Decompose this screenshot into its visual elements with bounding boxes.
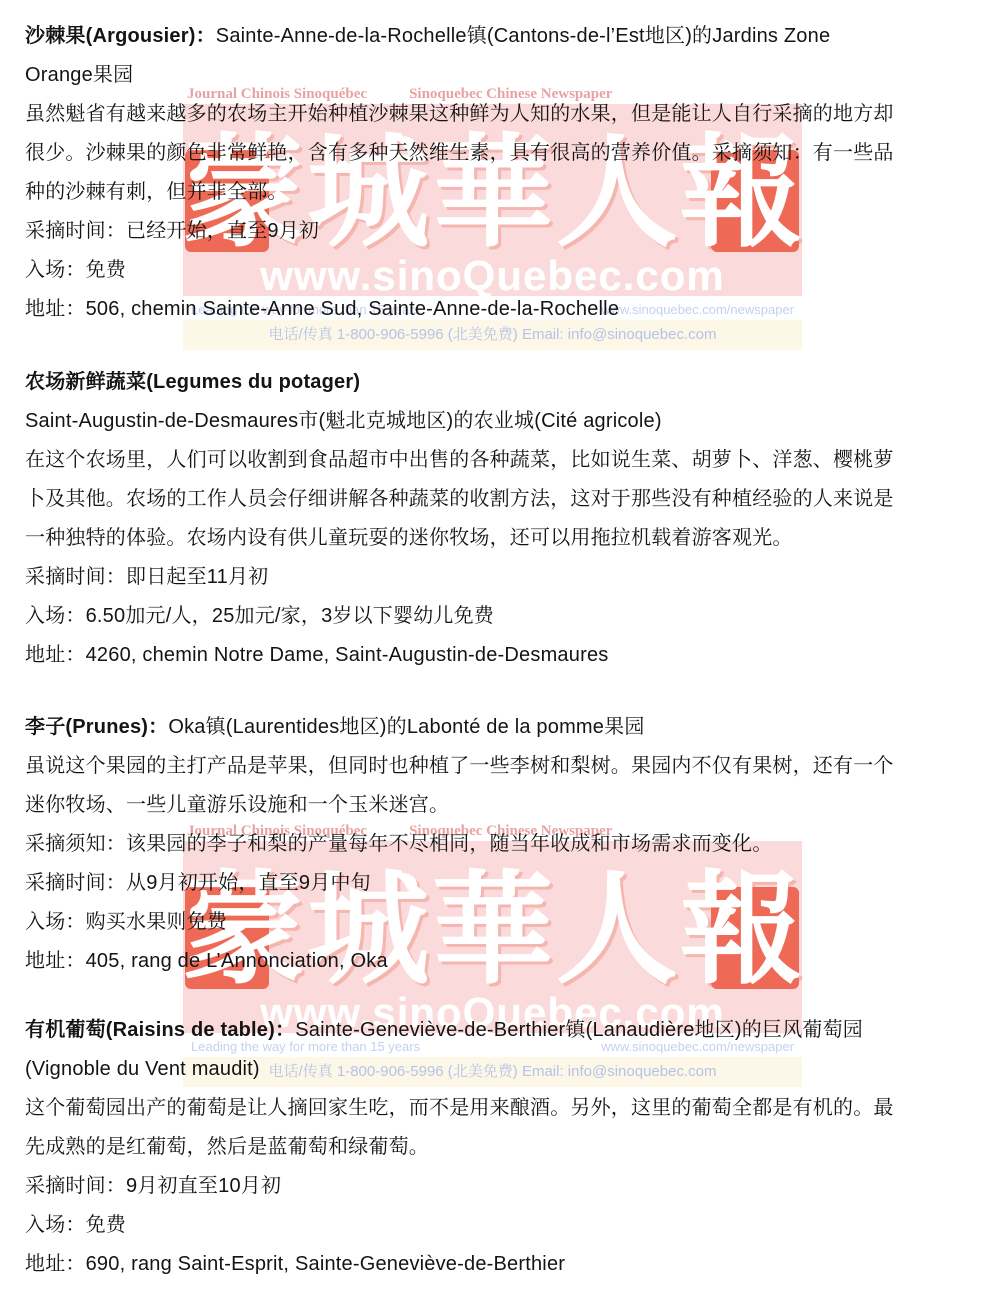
heading-continuation: (Vignoble du Vent maudit): [25, 1050, 980, 1089]
paragraph-line: 在这个农场里，人们可以收割到食品超市中出售的各种蔬菜，比如说生菜、胡萝卜、洋葱、…: [25, 441, 980, 480]
paragraph-line: 虽说这个果园的主打产品是苹果，但同时也种植了一些李树和梨树。果园内不仅有果树，还…: [25, 747, 980, 786]
section-heading-rest: Sainte-Anne-de-la-Rochelle镇(Cantons-de-l…: [216, 25, 830, 47]
section-heading: 有机葡萄(Raisins de table)：Sainte-Geneviève-…: [25, 1011, 980, 1050]
paragraph-line: 迷你牧场、一些儿童游乐设施和一个玉米迷宫。: [25, 786, 980, 825]
section-heading-bold: 李子(Prunes)：: [25, 716, 168, 738]
address-line: 地址：506, chemin Sainte-Anne Sud, Sainte-A…: [25, 290, 980, 329]
section-heading: 农场新鲜蔬菜(Legumes du potager): [25, 363, 980, 402]
section-heading-bold: 农场新鲜蔬菜(Legumes du potager): [25, 371, 360, 393]
section-argousier: 沙棘果(Argousier)：Sainte-Anne-de-la-Rochell…: [25, 17, 980, 329]
address-line: 地址：690, rang Saint-Esprit, Sainte-Genevi…: [25, 1245, 980, 1284]
section-heading-bold: 有机葡萄(Raisins de table)：: [25, 1019, 295, 1041]
section-prunes: 李子(Prunes)：Oka镇(Laurentides地区)的Labonté d…: [25, 708, 980, 981]
address-line: 地址：405, rang de L’Annonciation, Oka: [25, 942, 980, 981]
address-line: 地址：4260, chemin Notre Dame, Saint-August…: [25, 636, 980, 675]
paragraph-line: 很少。沙棘果的颜色非常鲜艳，含有多种天然维生素，具有很高的营养价值。采摘须知：有…: [25, 134, 980, 173]
section-legumes: 农场新鲜蔬菜(Legumes du potager) Saint-Augusti…: [25, 363, 980, 675]
picking-time-line: 采摘时间：即日起至11月初: [25, 558, 980, 597]
picking-time-line: 采摘时间：从9月初开始，直至9月中旬: [25, 864, 980, 903]
paragraph-line: 虽然魁省有越来越多的农场主开始种植沙棘果这种鲜为人知的水果，但是能让人自行采摘的…: [25, 95, 980, 134]
section-heading: 沙棘果(Argousier)：Sainte-Anne-de-la-Rochell…: [25, 17, 980, 56]
admission-line: 入场：免费: [25, 1206, 980, 1245]
paragraph-line: 这个葡萄园出产的葡萄是让人摘回家生吃，而不是用来酿酒。另外，这里的葡萄全都是有机…: [25, 1089, 980, 1128]
paragraph-line: 种的沙棘有刺，但并非全部。: [25, 173, 980, 212]
section-heading-bold: 沙棘果(Argousier)：: [25, 25, 216, 47]
article: 沙棘果(Argousier)：Sainte-Anne-de-la-Rochell…: [0, 0, 1005, 1284]
heading-continuation: Orange果园: [25, 56, 980, 95]
admission-line: 入场：免费: [25, 251, 980, 290]
section-heading-rest: Oka镇(Laurentides地区)的Labonté de la pomme果…: [168, 716, 644, 738]
admission-line: 入场：6.50加元/人，25加元/家，3岁以下婴幼儿免费: [25, 597, 980, 636]
paragraph-line: 一种独特的体验。农场内设有供儿童玩耍的迷你牧场，还可以用拖拉机载着游客观光。: [25, 519, 980, 558]
section-heading: 李子(Prunes)：Oka镇(Laurentides地区)的Labonté d…: [25, 708, 980, 747]
picking-time-line: 采摘时间：已经开始，直至9月初: [25, 212, 980, 251]
paragraph-line: 先成熟的是红葡萄，然后是蓝葡萄和绿葡萄。: [25, 1128, 980, 1167]
section-raisins: 有机葡萄(Raisins de table)：Sainte-Geneviève-…: [25, 1011, 980, 1284]
paragraph-line: 卜及其他。农场的工作人员会仔细讲解各种蔬菜的收割方法，这对于那些没有种植经验的人…: [25, 480, 980, 519]
notice-line: 采摘须知：该果园的李子和梨的产量每年不尽相同，随当年收成和市场需求而变化。: [25, 825, 980, 864]
location-line: Saint-Augustin-de-Desmaures市(魁北克城地区)的农业城…: [25, 402, 980, 441]
admission-line: 入场：购买水果则免费: [25, 903, 980, 942]
picking-time-line: 采摘时间：9月初直至10月初: [25, 1167, 980, 1206]
section-heading-rest: Sainte-Geneviève-de-Berthier镇(Lanaudière…: [295, 1019, 863, 1041]
